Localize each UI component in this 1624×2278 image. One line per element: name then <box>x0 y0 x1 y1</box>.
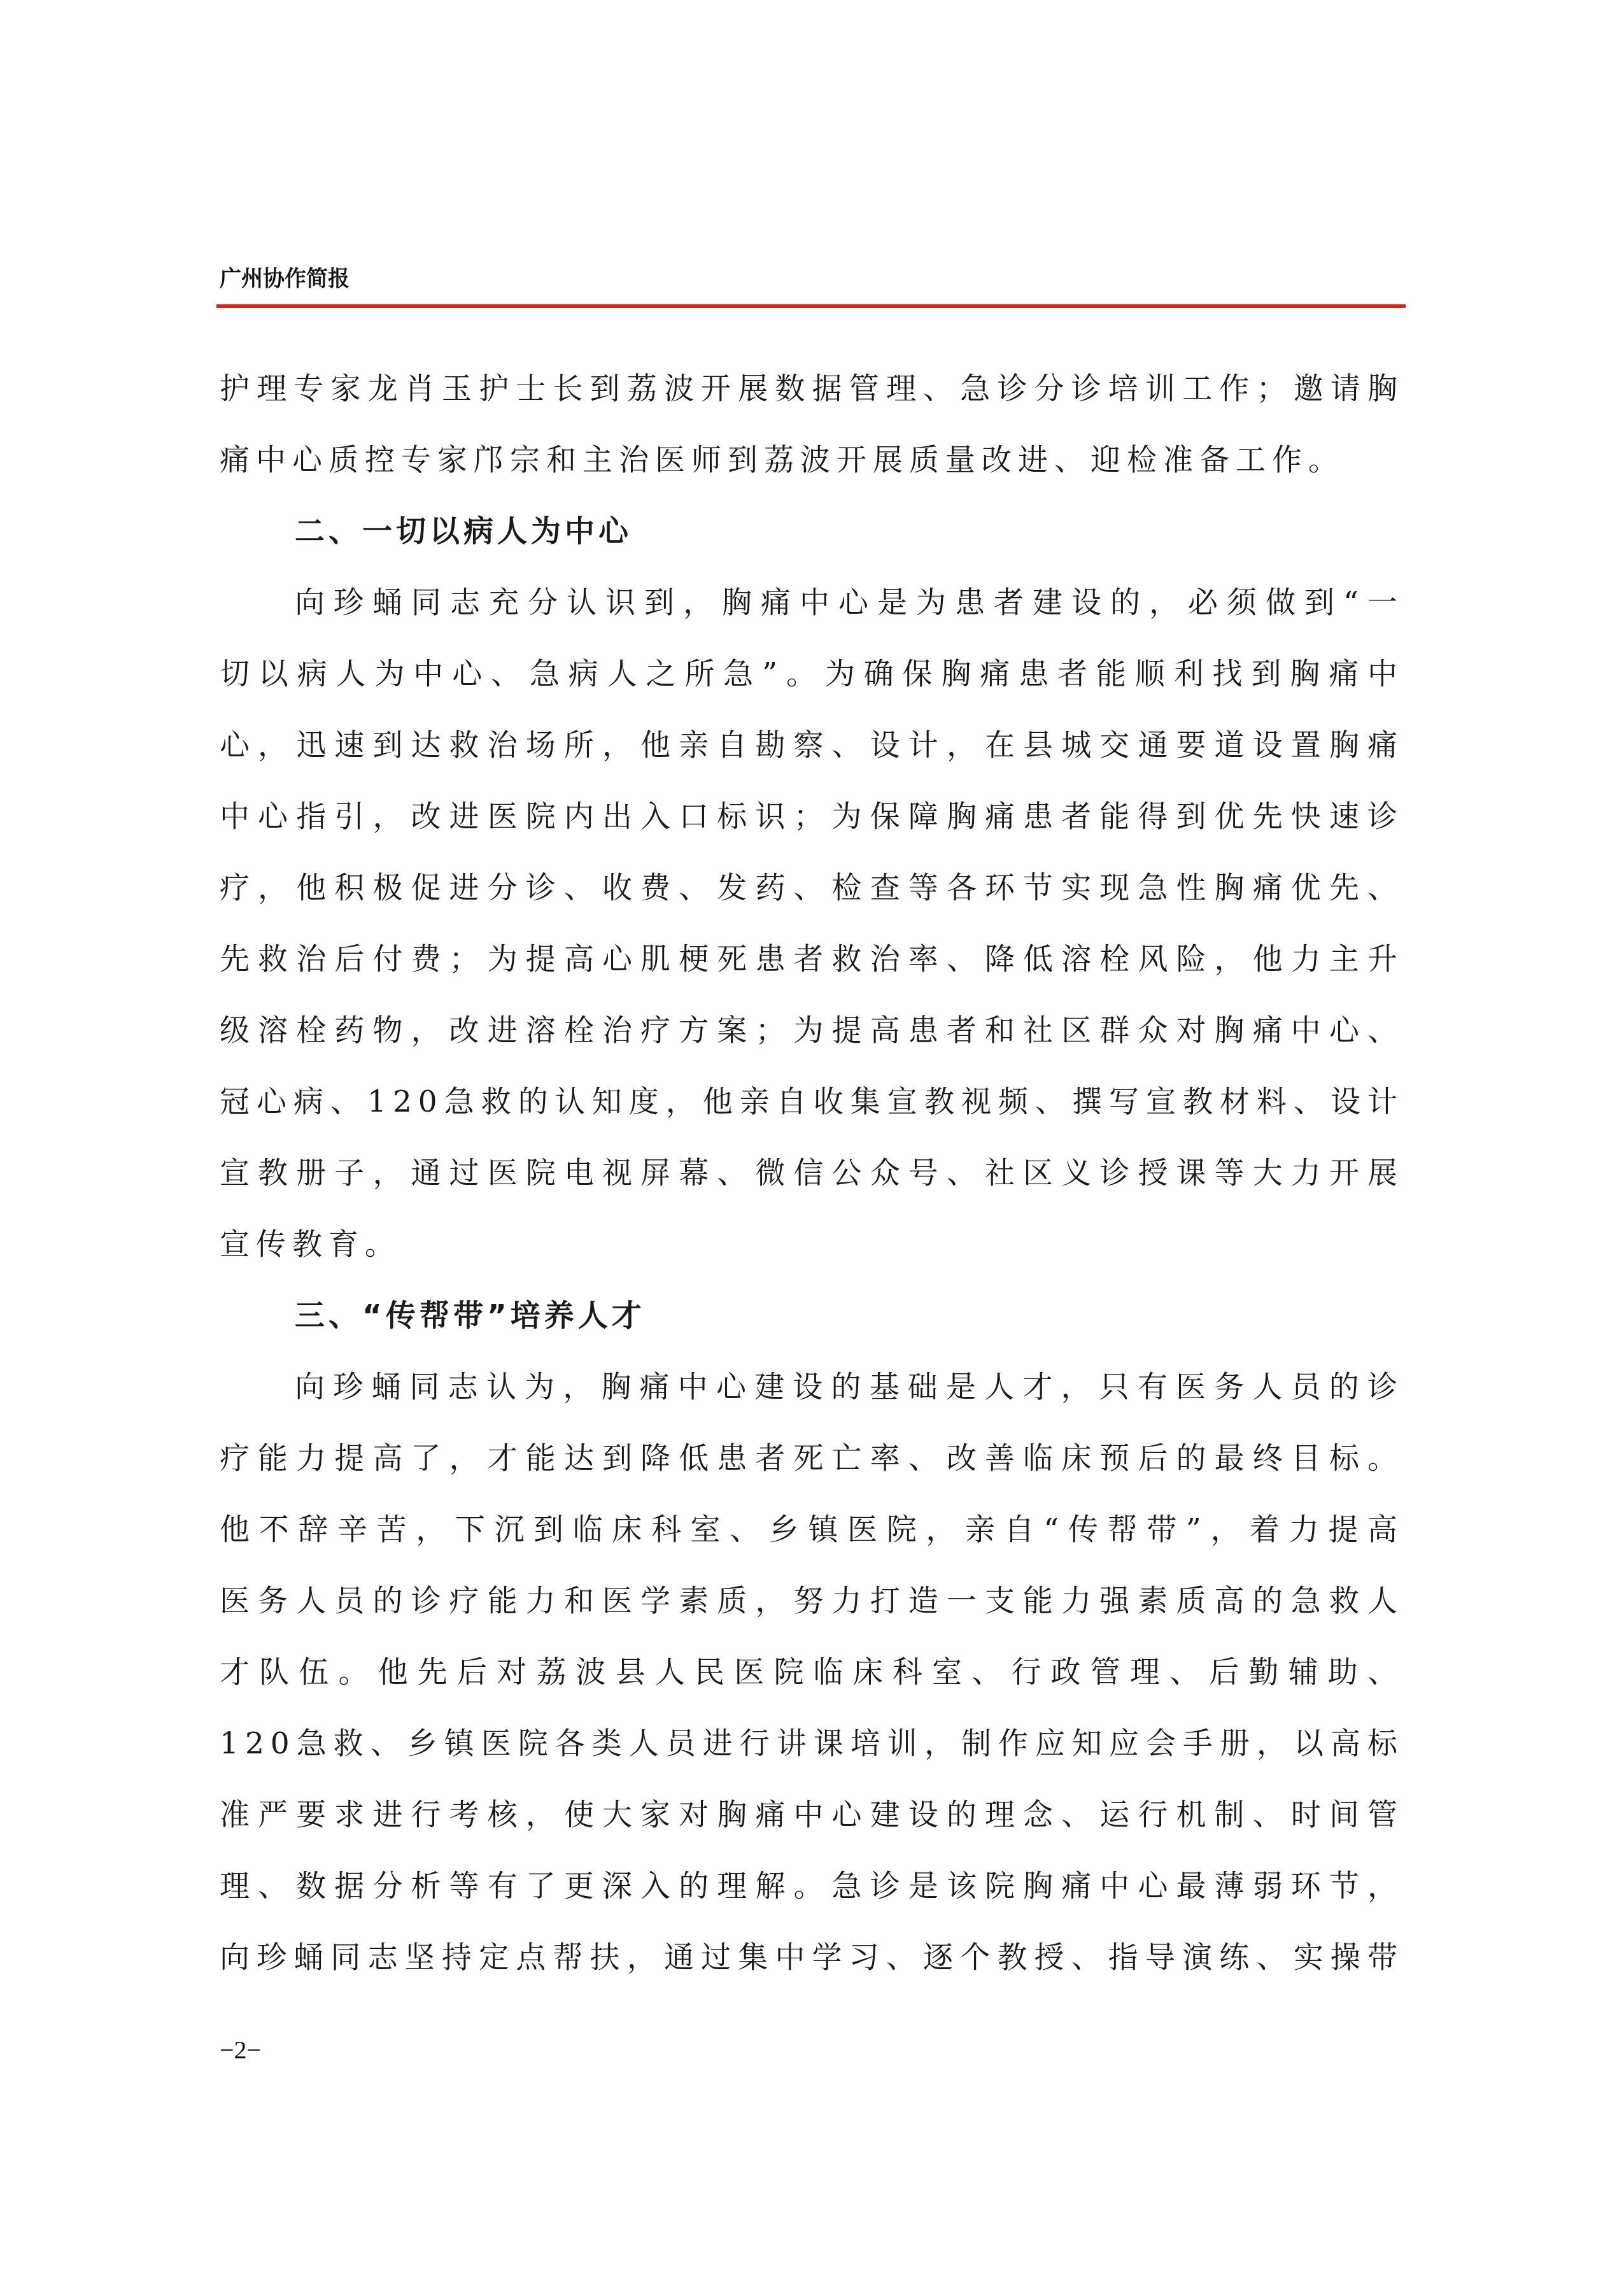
body-line: 级溶栓药物，改进溶栓治疗方案；为提高患者和社区群众对胸痛中心、 <box>220 995 1404 1066</box>
body-line: 医务人员的诊疗能力和医学素质，努力打造一支能力强素质高的急救人 <box>220 1566 1404 1637</box>
body-line: 他不辞辛苦，下沉到临床科室、乡镇医院，亲自“传帮带”，着力提高 <box>220 1494 1404 1566</box>
body-line: 120急救、乡镇医院各类人员进行讲课培训，制作应知应会手册，以高标 <box>220 1708 1404 1779</box>
body-line: 宣传教育。 <box>220 1209 1404 1280</box>
section-heading: 二、一切以病人为中心 <box>220 496 1404 567</box>
page-number: −2− <box>220 2035 261 2065</box>
body-line: 先救治后付费；为提高心肌梗死患者救治率、降低溶栓风险，他力主升 <box>220 924 1404 995</box>
paragraph-first-line: 向珍蛹同志认为，胸痛中心建设的基础是人才，只有医务人员的诊 <box>220 1352 1404 1423</box>
body-line: 疗，他积极促进分诊、收费、发药、检查等各环节实现急性胸痛优先、 <box>220 852 1404 924</box>
section-heading: 三、“传帮带”培养人才 <box>220 1280 1404 1352</box>
body-line: 疗能力提高了，才能达到降低患者死亡率、改善临床预后的最终目标。 <box>220 1423 1404 1494</box>
body-line: 痛中心质控专家邝宗和主治医师到荔波开展质量改进、迎检准备工作。 <box>220 425 1404 496</box>
document-page: 广州协作简报 护理专家龙肖玉护士长到荔波开展数据管理、急诊分诊培训工作；邀请胸 … <box>0 0 1624 2278</box>
body-line: 才队伍。他先后对荔波县人民医院临床科室、行政管理、后勤辅助、 <box>220 1637 1404 1708</box>
body-line: 冠心病、120急救的认知度，他亲自收集宣教视频、撰写宣教材料、设计 <box>220 1066 1404 1138</box>
body-line: 宣教册子，通过医院电视屏幕、微信公众号、社区义诊授课等大力开展 <box>220 1138 1404 1209</box>
body-line: 准严要求进行考核，使大家对胸痛中心建设的理念、运行机制、时间管 <box>220 1779 1404 1851</box>
body-line: 护理专家龙肖玉护士长到荔波开展数据管理、急诊分诊培训工作；邀请胸 <box>220 353 1404 425</box>
body-line: 中心指引，改进医院内出入口标识；为保障胸痛患者能得到优先快速诊 <box>220 781 1404 852</box>
publication-title: 广州协作简报 <box>220 266 350 292</box>
paragraph-first-line: 向珍蛹同志充分认识到，胸痛中心是为患者建设的，必须做到“一 <box>220 567 1404 639</box>
body-line: 切以病人为中心、急病人之所急”。为确保胸痛患者能顺利找到胸痛中 <box>220 639 1404 710</box>
body-line: 理、数据分析等有了更深入的理解。急诊是该院胸痛中心最薄弱环节， <box>220 1851 1404 1922</box>
body-line: 向珍蛹同志坚持定点帮扶，通过集中学习、逐个教授、指导演练、实操带 <box>220 1922 1404 1993</box>
header-divider <box>216 304 1406 308</box>
body-line: 心，迅速到达救治场所，他亲自勘察、设计，在县城交通要道设置胸痛 <box>220 710 1404 781</box>
article-body: 护理专家龙肖玉护士长到荔波开展数据管理、急诊分诊培训工作；邀请胸 痛中心质控专家… <box>220 353 1404 1993</box>
